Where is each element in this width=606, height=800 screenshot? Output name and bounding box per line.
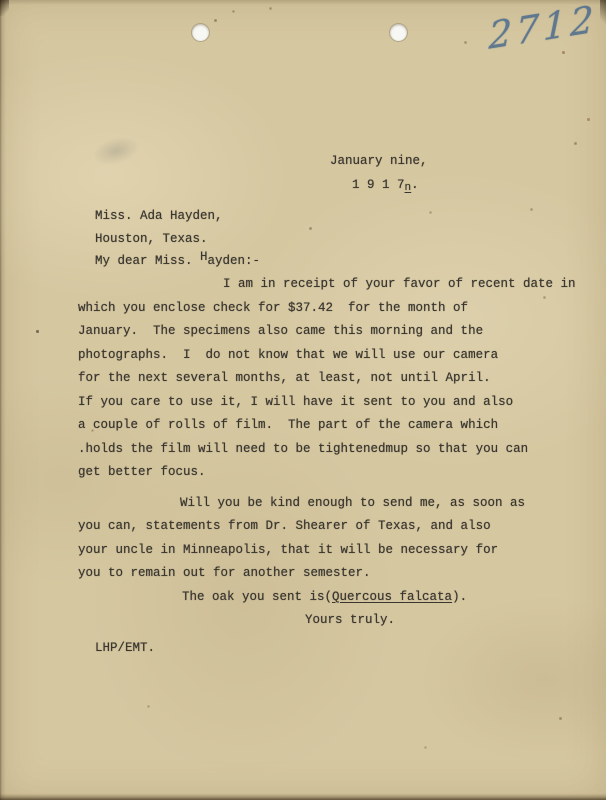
body-line: for the next several months, at least, n… bbox=[78, 367, 550, 391]
letter-body: I am in receipt of your favor of recent … bbox=[78, 273, 550, 660]
salutation-pre: My dear Miss. bbox=[95, 254, 200, 268]
recipient-name: Miss. Ada Hayden, bbox=[95, 205, 260, 228]
body-line: get better focus. bbox=[78, 461, 550, 485]
recipient-address-block: Miss. Ada Hayden, Houston, Texas. My dea… bbox=[95, 205, 260, 273]
date-line: January nine, bbox=[330, 150, 428, 174]
closing: Yours truly. bbox=[78, 609, 550, 633]
oak-line-post: ). bbox=[452, 590, 467, 604]
corner-shadow-left bbox=[0, 0, 9, 16]
corner-shadow-right bbox=[600, 0, 606, 26]
salutation-raised-letter: H bbox=[200, 250, 208, 264]
letter-page: 2712 January nine, 1 9 1 7n. Miss. Ada H… bbox=[0, 0, 606, 800]
body-line: your uncle in Minneapolis, that it will … bbox=[78, 539, 550, 563]
salutation: My dear Miss. Hayden:- bbox=[95, 250, 260, 273]
recipient-city: Houston, Texas. bbox=[95, 228, 260, 251]
year-typo-char: n bbox=[405, 182, 412, 194]
punch-hole-right bbox=[390, 24, 407, 41]
oak-identification-line: The oak you sent is(Quercous falcata). bbox=[78, 586, 550, 610]
body-line: January. The specimens also came this mo… bbox=[78, 320, 550, 344]
salutation-post: ayden:- bbox=[208, 254, 261, 268]
species-name: Quercous falcata bbox=[332, 590, 452, 604]
body-line: photographs. I do not know that we will … bbox=[78, 344, 550, 368]
year-text: 1 9 1 7 bbox=[352, 178, 405, 192]
paragraph-1: I am in receipt of your favor of recent … bbox=[78, 273, 550, 485]
paragraph-2: Will you be kind enough to send me, as s… bbox=[78, 492, 550, 586]
pencil-smudge bbox=[89, 132, 142, 170]
body-line: I am in receipt of your favor of recent … bbox=[78, 273, 550, 297]
handwritten-archive-number: 2712 bbox=[488, 0, 598, 58]
body-line: .holds the film will need to be tightene… bbox=[78, 438, 550, 462]
body-line: If you care to use it, I will have it se… bbox=[78, 391, 550, 415]
oak-line-pre: The oak you sent is( bbox=[182, 590, 332, 604]
punch-hole-left bbox=[192, 24, 209, 41]
typist-initials: LHP/EMT. bbox=[78, 637, 550, 661]
body-line: you can, statements from Dr. Shearer of … bbox=[78, 515, 550, 539]
year-period: . bbox=[411, 178, 419, 192]
year-line: 1 9 1 7n. bbox=[330, 174, 428, 199]
body-line: Will you be kind enough to send me, as s… bbox=[78, 492, 550, 516]
date-block: January nine, 1 9 1 7n. bbox=[330, 150, 428, 198]
body-line: a couple of rolls of film. The part of t… bbox=[78, 414, 550, 438]
paper-bottom-edge bbox=[0, 794, 606, 800]
body-line: you to remain out for another semester. bbox=[78, 562, 550, 586]
paper-speckles bbox=[0, 0, 1, 1]
body-line: which you enclose check for $37.42 for t… bbox=[78, 297, 550, 321]
